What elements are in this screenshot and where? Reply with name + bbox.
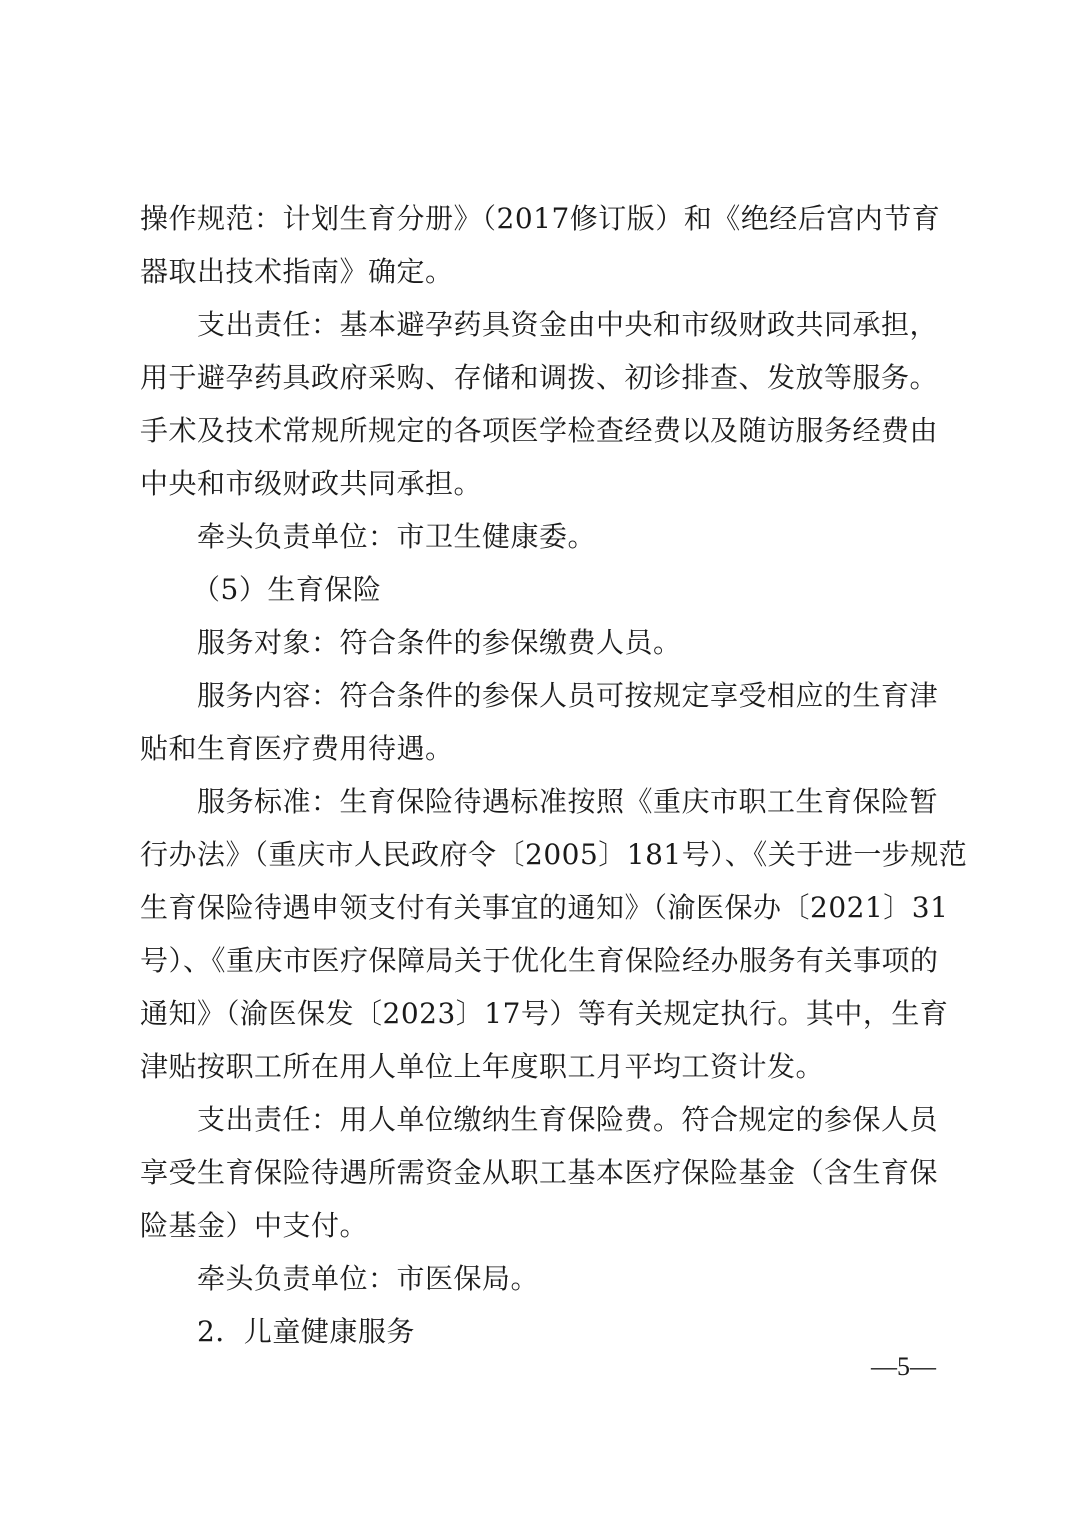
paragraph-line: 通知》（渝医保发〔2023〕17号）等有关规定执行。其中，生育: [140, 987, 937, 1040]
paragraph-line: 津贴按职工所在用人单位上年度职工月平均工资计发。: [140, 1040, 937, 1093]
paragraph-line: 用于避孕药具政府采购、存储和调拨、初诊排查、发放等服务。: [140, 351, 937, 404]
page-number: —5—: [871, 1352, 936, 1382]
section-heading: 2．儿童健康服务: [140, 1305, 937, 1358]
paragraph-line: 享受生育保险待遇所需资金从职工基本医疗保险基金（含生育保: [140, 1146, 937, 1199]
paragraph-line: 服务对象：符合条件的参保缴费人员。: [140, 616, 937, 669]
document-body: 操作规范：计划生育分册》（2017修订版）和《绝经后宫内节育 器取出技术指南》确…: [140, 192, 937, 1358]
section-heading: （5）生育保险: [140, 563, 937, 616]
paragraph-line: 号）、《重庆市医疗保障局关于优化生育保险经办服务有关事项的: [140, 934, 937, 987]
paragraph-line: 服务内容：符合条件的参保人员可按规定享受相应的生育津: [140, 669, 937, 722]
paragraph-line: 操作规范：计划生育分册》（2017修订版）和《绝经后宫内节育: [140, 192, 937, 245]
paragraph-line: 险基金）中支付。: [140, 1199, 937, 1252]
paragraph-line: 行办法》（重庆市人民政府令〔2005〕181号）、《关于进一步规范: [140, 828, 937, 881]
paragraph-line: 支出责任：用人单位缴纳生育保险费。符合规定的参保人员: [140, 1093, 937, 1146]
paragraph-line: 贴和生育医疗费用待遇。: [140, 722, 937, 775]
lead-unit-line: 牵头负责单位：市卫生健康委。: [140, 510, 937, 563]
paragraph-line: 手术及技术常规所规定的各项医学检查经费以及随访服务经费由: [140, 404, 937, 457]
paragraph-line: 服务标准：生育保险待遇标准按照《重庆市职工生育保险暂: [140, 775, 937, 828]
paragraph-line: 器取出技术指南》确定。: [140, 245, 937, 298]
paragraph-line: 中央和市级财政共同承担。: [140, 457, 937, 510]
paragraph-line: 支出责任：基本避孕药具资金由中央和市级财政共同承担，: [140, 298, 937, 351]
lead-unit-line: 牵头负责单位：市医保局。: [140, 1252, 937, 1305]
paragraph-line: 生育保险待遇申领支付有关事宜的通知》（渝医保办〔2021〕31: [140, 881, 937, 934]
